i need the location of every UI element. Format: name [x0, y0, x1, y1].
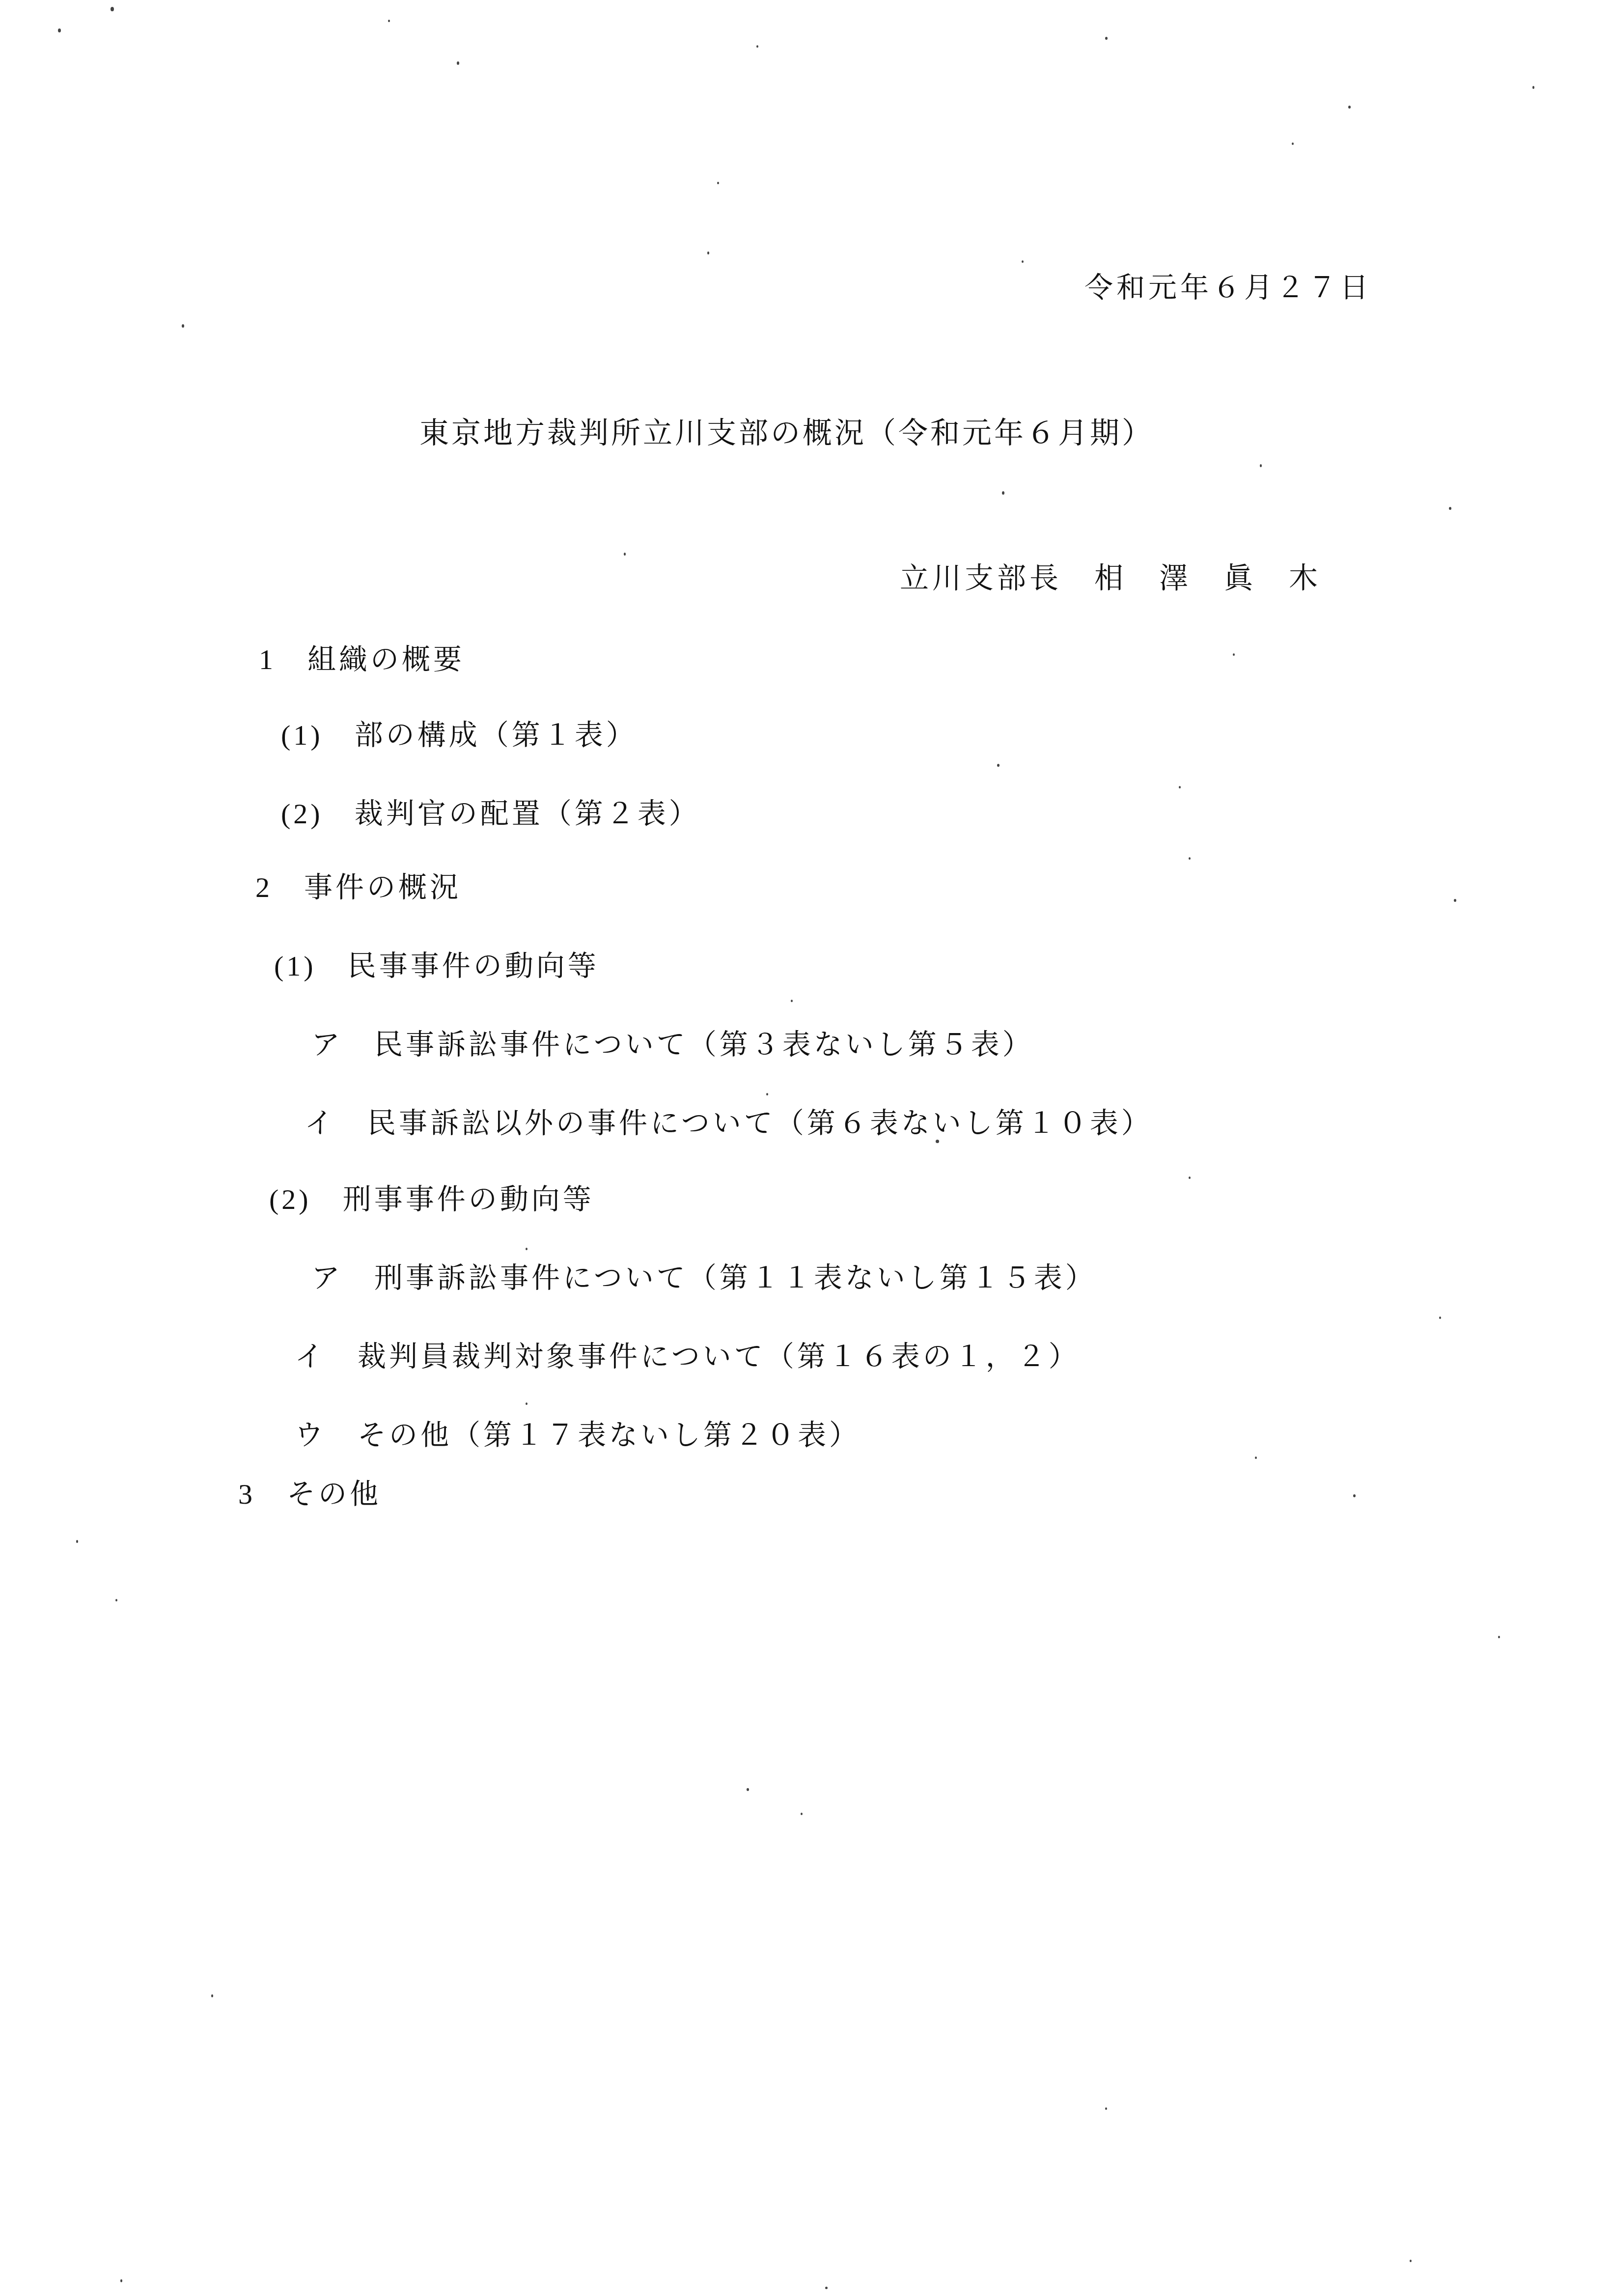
outline-item: 1 組織の概要 — [259, 645, 465, 674]
noise-speck — [1255, 1456, 1257, 1459]
outline-item: イ 民事訴訟以外の事件について（第６表ないし第１０表） — [305, 1109, 1153, 1138]
noise-speck — [366, 1493, 370, 1497]
noise-speck — [182, 324, 184, 328]
noise-speck — [825, 2287, 828, 2289]
noise-speck — [717, 182, 719, 184]
noise-speck — [997, 764, 1000, 767]
outline-item: ア 刑事訴訟事件について（第１１表ないし第１５表） — [311, 1264, 1097, 1292]
outline-item: ウ その他（第１７表ないし第２０表） — [295, 1421, 861, 1450]
noise-speck — [211, 1994, 213, 1997]
noise-speck — [624, 553, 626, 556]
noise-speck — [76, 1540, 78, 1543]
noise-speck — [707, 252, 709, 254]
noise-speck — [1454, 899, 1456, 902]
noise-speck — [1292, 142, 1294, 145]
outline-item: イ 裁判員裁判対象事件について（第１６表の１，２） — [295, 1343, 1080, 1371]
noise-speck — [1105, 2107, 1107, 2110]
noise-speck — [388, 20, 390, 22]
noise-speck — [1179, 786, 1181, 788]
noise-speck — [801, 1813, 803, 1815]
noise-speck — [936, 1140, 939, 1143]
noise-speck — [1449, 507, 1451, 510]
noise-speck — [111, 7, 114, 11]
signature-line: 立川支部長 相 澤 眞 木 — [900, 564, 1321, 593]
outline-item: 3 その他 — [238, 1480, 381, 1509]
outline-item: (2) 刑事事件の動向等 — [269, 1185, 594, 1214]
outline-item: (1) 民事事件の動向等 — [274, 952, 599, 980]
noise-speck — [1105, 37, 1108, 40]
noise-speck — [120, 2279, 122, 2282]
noise-speck — [457, 61, 459, 65]
outline-item: (2) 裁判官の配置（第２表） — [281, 800, 700, 828]
noise-speck — [1233, 653, 1235, 656]
page-title: 東京地方裁判所立川支部の概況（令和元年６月期） — [419, 419, 1154, 448]
noise-speck — [58, 28, 61, 32]
noise-speck — [1353, 1494, 1356, 1497]
noise-speck — [1410, 2260, 1412, 2262]
noise-speck — [1022, 260, 1024, 263]
noise-speck — [526, 1402, 528, 1405]
noise-speck — [766, 1093, 768, 1095]
date-line: 令和元年６月２７日 — [1084, 274, 1372, 302]
noise-speck — [1498, 1636, 1500, 1638]
noise-speck — [747, 1788, 749, 1791]
noise-speck — [1260, 464, 1262, 467]
noise-speck — [1189, 1176, 1191, 1179]
noise-speck — [1348, 106, 1351, 109]
noise-speck — [756, 45, 758, 48]
noise-speck — [526, 1248, 528, 1250]
outline-item: (1) 部の構成（第１表） — [281, 721, 638, 750]
outline-item: ア 民事訴訟事件について（第３表ないし第５表） — [311, 1031, 1034, 1059]
noise-speck — [115, 1599, 117, 1601]
noise-speck — [1002, 491, 1004, 495]
noise-speck — [1189, 857, 1191, 860]
outline-item: 2 事件の概況 — [255, 873, 461, 902]
noise-speck — [1439, 1316, 1441, 1319]
noise-speck — [1532, 86, 1534, 89]
document-page: 令和元年６月２７日 東京地方裁判所立川支部の概況（令和元年６月期） 立川支部長 … — [0, 0, 1611, 2296]
noise-speck — [791, 1000, 793, 1002]
